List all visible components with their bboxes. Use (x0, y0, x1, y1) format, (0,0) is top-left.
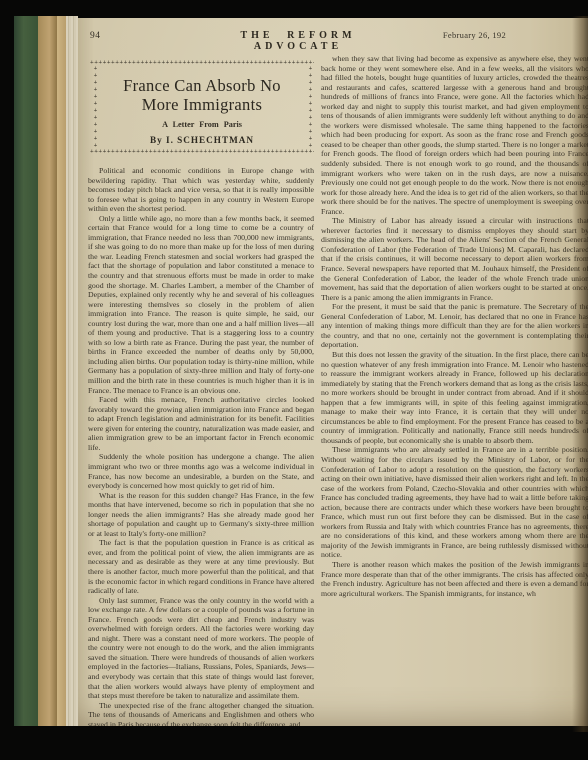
page-edges-striation (66, 16, 78, 748)
paragraph: Only a little while ago, no more than a … (88, 214, 314, 395)
article-byline: By I. SCHECHTMAN (102, 135, 302, 145)
paragraph: Only last summer, France was the only co… (88, 596, 314, 701)
cross-border-bottom: ++++++++++++++++++++++++++++++++++++++++… (90, 149, 314, 156)
journal-title: THE REFORM ADVOCATE (240, 30, 356, 52)
issue-date: February 26, 192 (356, 30, 506, 40)
article-title: France Can Absorb No More Immigrants (110, 76, 294, 114)
paragraph: when they saw that living had become as … (321, 54, 588, 216)
paragraph: Suddenly the whole position has undergon… (88, 452, 314, 490)
cross-border-right: ++++++++++++++++ (306, 65, 313, 151)
paragraph: For the present, it must be said that th… (321, 302, 588, 350)
cross-border-top: ++++++++++++++++++++++++++++++++++++++++… (90, 60, 314, 67)
right-column: when they saw that living had become as … (321, 52, 588, 728)
book-cover-edge (14, 16, 38, 748)
paragraph: The Ministry of Labor has already issued… (321, 216, 588, 302)
paragraph: The fact is that the population question… (88, 538, 314, 595)
cross-border-left: ++++++++++++++++ (91, 65, 98, 151)
left-column-text: Political and economic conditions in Eur… (88, 166, 314, 728)
article-title-box: ++++++++++++++++++++++++++++++++++++++++… (90, 60, 314, 156)
paragraph: These immigrants who are already settled… (321, 445, 588, 560)
photo-bottom-black (0, 726, 588, 760)
paragraph: Political and economic conditions in Eur… (88, 166, 314, 214)
page-block-edge-inner (57, 16, 66, 748)
magazine-page: 94 THE REFORM ADVOCATE February 26, 192 … (78, 18, 588, 728)
paragraph: There is another reason which makes the … (321, 560, 588, 598)
left-column: ++++++++++++++++++++++++++++++++++++++++… (88, 52, 314, 728)
page-block-edge (38, 16, 57, 748)
article-columns: ++++++++++++++++++++++++++++++++++++++++… (78, 48, 588, 728)
paragraph: What is the reason for this sudden chang… (88, 491, 314, 539)
page-header: 94 THE REFORM ADVOCATE February 26, 192 (78, 18, 588, 48)
page-number: 94 (90, 31, 240, 41)
paragraph: Faced with this menace, French authorita… (88, 395, 314, 452)
paragraph: The unexpected rise of the franc altoget… (88, 701, 314, 728)
article-subtitle: A Letter From Paris (102, 120, 302, 129)
right-column-text: when they saw that living had become as … (321, 54, 588, 598)
paragraph: But this does not lessen the gravity of … (321, 350, 588, 445)
